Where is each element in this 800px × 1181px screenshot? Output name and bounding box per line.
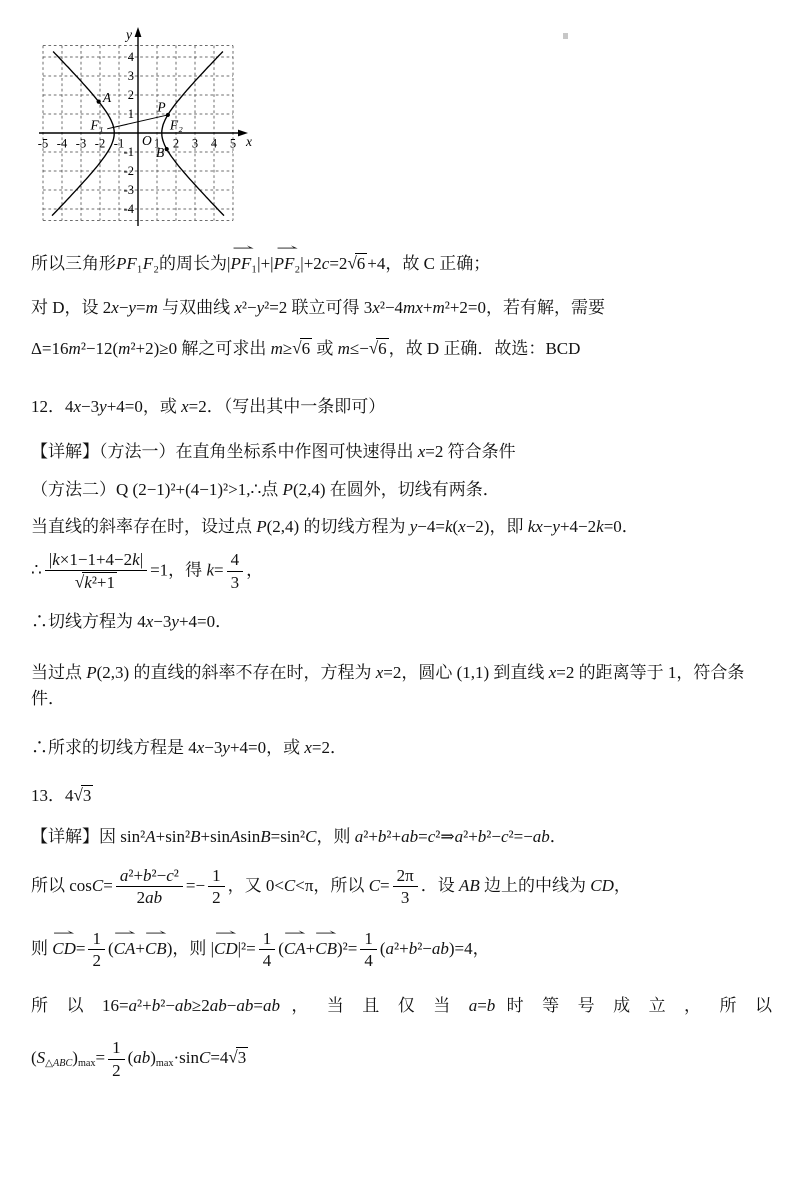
q12-method1: 【详解】（方法一）在直角坐标系中作图可快速得出 x=2 符合条件 (31, 439, 772, 465)
x-tick-label: 3 (192, 137, 198, 151)
q13-max-area: (S△ABC)max=12(ab)max·sinC=4√3 (31, 1038, 772, 1080)
y-tick-label: -3 (124, 183, 134, 197)
line-option-d-setup: 对 D，设 2x−y=m 与双曲线 x²−y²=2 联立可得 3x²−4mx+m… (31, 295, 772, 321)
q12-distance-equation: ∴|k×1−1+4−2k|√k²+1=1，得 k=43， (31, 550, 772, 593)
x-tick-label: 4 (211, 137, 218, 151)
point-dot-B (165, 147, 169, 151)
y-axis-arrow (135, 27, 142, 37)
y-tick-label: -1 (124, 145, 134, 159)
point-dot-A (97, 100, 101, 104)
origin-label: O (142, 133, 152, 148)
q12-tangent-setup: 当直线的斜率存在时，设过点 P(2,4) 的切线方程为 y−4=k(x−2)，即… (31, 514, 772, 540)
x-tick-label: 5 (230, 137, 236, 151)
q13-law-of-sines: 【详解】因 sin²A+sin²B+sinAsinB=sin²C，则 a²+b²… (31, 824, 772, 850)
point-label-B: B (156, 145, 164, 160)
q12-answer: 12．4x−3y+4=0，或 x=2．（写出其中一条即可） (31, 394, 772, 420)
q12-final-answer: ∴所求的切线方程是 4x−3y+4=0，或 x=2． (31, 735, 772, 761)
y-tick-label: 3 (128, 69, 134, 83)
x-tick-label: -4 (57, 137, 68, 151)
q13-inequality: 所 以 16=a²+b²−ab≥2ab−ab=ab ， 当 且 仅 当 a=b … (31, 993, 772, 1019)
y-axis-label: y (124, 27, 132, 42)
y-tick-label: -4 (124, 202, 135, 216)
hyperbola-figure: xyO-5-4-3-2-1123454321-1-2-3-4APBF₁F₂ (38, 20, 260, 234)
solution-text: 所以三角形PF₁F₂的周长为|⇀PF₁|+|⇀PF₂|+2c=2√6+4，故 C… (31, 246, 772, 1080)
document-page: xyO-5-4-3-2-1123454321-1-2-3-4APBF₁F₂ 所以… (0, 0, 800, 1181)
x-tick-label: -5 (38, 137, 48, 151)
point-label-F₁: F₁ (90, 118, 104, 133)
x-tick-label: 2 (173, 137, 179, 151)
x-axis-label: x (245, 134, 252, 149)
y-tick-label: 4 (128, 50, 135, 64)
q13-median-vector: 则 ⇀CD=12(⇀CA+⇀CB)，则 |⇀CD|²=14(⇀CA+⇀CB)²=… (31, 924, 772, 971)
point-dot-P (166, 113, 170, 117)
x-tick-label: -2 (95, 137, 105, 151)
hyperbola-graph: xyO-5-4-3-2-1123454321-1-2-3-4APBF₁F₂ (38, 20, 260, 234)
point-label-A: A (102, 90, 112, 105)
point-label-P: P (156, 100, 165, 115)
q13-answer: 13．4√3 (31, 783, 772, 809)
scan-artifact (563, 33, 568, 39)
x-tick-label: -3 (76, 137, 86, 151)
y-tick-label: 2 (128, 88, 134, 102)
q12-tangent-result: ∴切线方程为 4x−3y+4=0． (31, 609, 772, 635)
y-tick-label: 1 (128, 107, 134, 121)
q12-method2: （方法二）Q (2−1)²+(4−1)²>1,∴点 P(2,4) 在圆外，切线有… (31, 477, 772, 503)
q13-cosine-value: 所以 cosC=a²+b²−c²2ab=−12，又 0<C<π，所以 C=2π3… (31, 866, 772, 908)
line-triangle-perimeter: 所以三角形PF₁F₂的周长为|⇀PF₁|+|⇀PF₂|+2c=2√6+4，故 C… (31, 246, 772, 277)
q12-vertical-case: 当过点 P(2,3) 的直线的斜率不存在时，方程为 x=2，圆心 (1,1) 到… (31, 660, 772, 711)
point-label-F₂: F₂ (169, 118, 183, 133)
y-tick-label: -2 (124, 164, 134, 178)
line-discriminant: Δ=16m²−12(m²+2)≥0 解之可求出 m≥√6 或 m≤−√6，故 D… (31, 336, 772, 362)
